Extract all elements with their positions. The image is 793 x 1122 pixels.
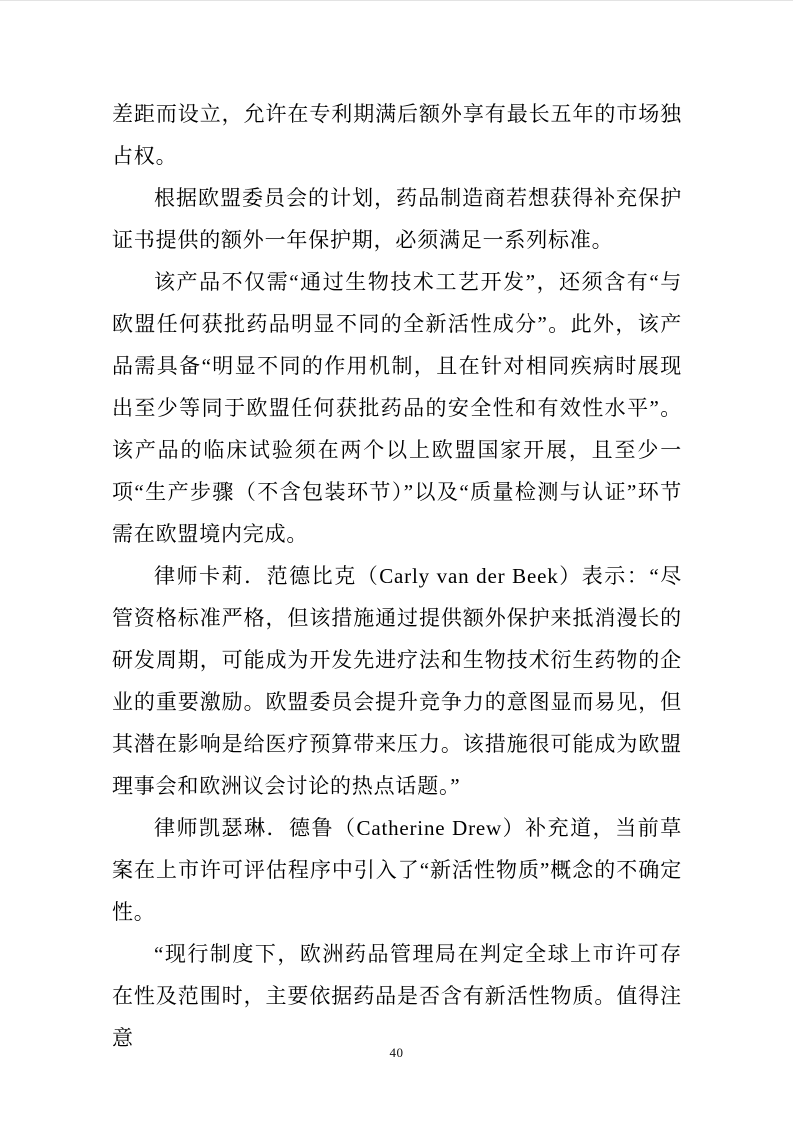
paragraph: 差距而设立，允许在专利期满后额外享有最长五年的市场独占权。 bbox=[112, 93, 682, 177]
page-footer: 40 bbox=[0, 1044, 793, 1062]
document-body: 差距而设立，允许在专利期满后额外享有最长五年的市场独占权。根据欧盟委员会的计划，… bbox=[112, 93, 682, 1059]
paragraph: 律师凯瑟琳．德鲁（Catherine Drew）补充道，当前草案在上市许可评估程… bbox=[112, 807, 682, 933]
page-number: 40 bbox=[390, 1045, 404, 1060]
paragraph: 根据欧盟委员会的计划，药品制造商若想获得补充保护证书提供的额外一年保护期，必须满… bbox=[112, 177, 682, 261]
paragraph: 律师卡莉．范德比克（Carly van der Beek）表示：“尽管资格标准严… bbox=[112, 555, 682, 807]
paragraph: 该产品不仅需“通过生物技术工艺开发”，还须含有“与欧盟任何获批药品明显不同的全新… bbox=[112, 261, 682, 555]
document-page: 差距而设立，允许在专利期满后额外享有最长五年的市场独占权。根据欧盟委员会的计划，… bbox=[0, 0, 793, 1122]
paragraph: “现行制度下，欧洲药品管理局在判定全球上市许可存在性及范围时，主要依据药品是否含… bbox=[112, 933, 682, 1059]
